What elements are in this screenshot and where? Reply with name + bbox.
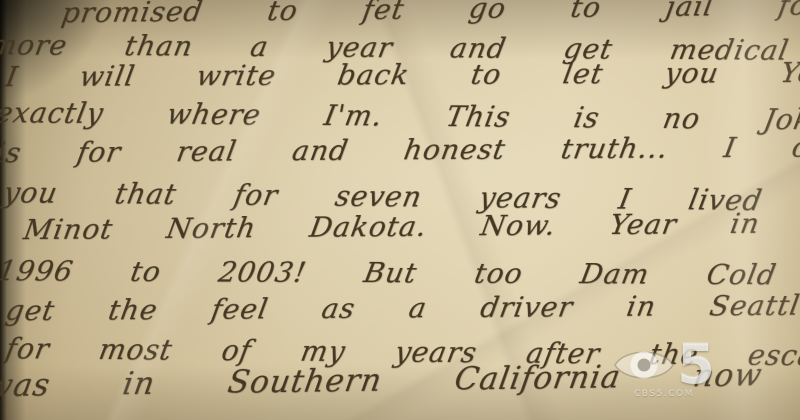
handwriting-line: is for real and honest truth... I could xyxy=(0,130,800,169)
cbs-eye-icon xyxy=(613,342,675,388)
station-watermark: 5 CBS5.COM xyxy=(596,342,732,399)
handwriting-line: promised to fet go to jail for m xyxy=(59,0,800,29)
handwriting-line: exactly where I'm. This is no Joke xyxy=(0,96,800,136)
handwriting-line: 1996 to 2003! But too Dam Cold but xyxy=(0,254,800,292)
handwriting-line: Minot North Dakota. Now. Year in fargo xyxy=(21,205,800,246)
channel-number: 5 xyxy=(677,343,715,387)
handwriting-line: I will write back to let you You xyxy=(3,56,800,93)
handwriting-line: get the feel as a driver in Seattle xyxy=(3,288,800,327)
tv-news-frame: promised to fet go to jail for m more th… xyxy=(0,0,800,420)
watermark-caption: CBS5.COM xyxy=(596,389,732,399)
